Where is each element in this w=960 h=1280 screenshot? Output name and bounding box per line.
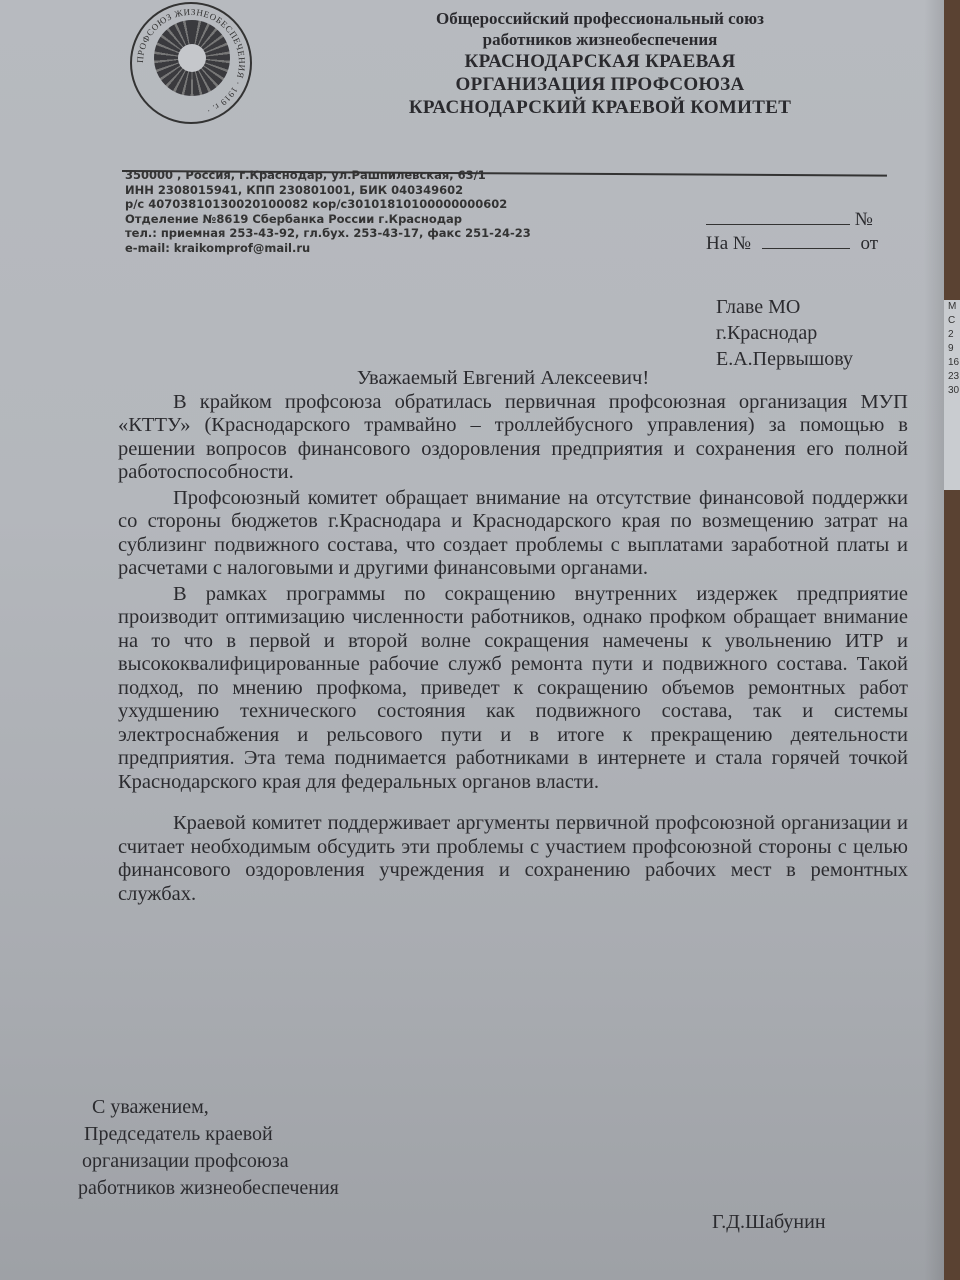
number-blank: [706, 224, 850, 225]
reply-number-blank: [762, 248, 850, 249]
regards: С уважением,: [78, 1094, 339, 1121]
date-label: от: [861, 233, 879, 254]
signer-title-3: работников жизнеобеспечения: [78, 1175, 339, 1202]
sun-icon: [178, 44, 206, 72]
letter-body: Уважаемый Евгений Алексеевич! В крайком …: [118, 367, 908, 906]
phones: тел.: приемная 253-43-92, гл.бух. 253-43…: [125, 226, 585, 241]
reference-block: № На № от: [706, 208, 896, 256]
org-line-1: Общероссийский профессиональный союз: [380, 8, 820, 29]
organization-requisites: 350000 , Россия, г.Краснодар, ул.Рашпиле…: [125, 168, 585, 255]
addressee-line-1: Главе МО: [716, 294, 853, 320]
sun-rays-icon: [154, 20, 230, 96]
paragraph-4: Краевой комитет поддерживает аргументы п…: [118, 812, 908, 906]
org-line-5: КРАСНОДАРСКИЙ КРАЕВОЙ КОМИТЕТ: [380, 96, 820, 119]
paragraph-2: Профсоюзный комитет обращает внимание на…: [118, 487, 908, 581]
addressee-line-2: г.Краснодар: [716, 320, 853, 346]
bank-branch: Отделение №8619 Сбербанка России г.Красн…: [125, 212, 585, 227]
paragraph-1: В крайком профсоюза обратилась первичная…: [118, 391, 908, 485]
letter-page: ПРОФСОЮЗ ЖИЗНЕОБЕСПЕЧЕНИЯ · 1919 г. · Об…: [0, 0, 944, 1280]
letterhead-title: Общероссийский профессиональный союз раб…: [380, 8, 820, 119]
number-label: №: [855, 209, 873, 230]
signer-name: Г.Д.Шабунин: [712, 1211, 826, 1234]
salutation: Уважаемый Евгений Алексеевич!: [98, 367, 908, 391]
org-line-3: КРАСНОДАРСКАЯ КРАЕВАЯ: [380, 50, 820, 73]
tax-ids: ИНН 2308015941, КПП 230801001, БИК 04034…: [125, 183, 585, 198]
org-line-4: ОРГАНИЗАЦИЯ ПРОФСОЮЗА: [380, 73, 820, 96]
address: 350000 , Россия, г.Краснодар, ул.Рашпиле…: [125, 168, 585, 183]
email: e-mail: kraikomprof@mail.ru: [125, 241, 585, 256]
closing-block: С уважением, Председатель краевой органи…: [78, 1094, 339, 1202]
paragraph-3: В рамках программы по сокращению внутрен…: [118, 583, 908, 795]
union-emblem-icon: ПРОФСОЮЗ ЖИЗНЕОБЕСПЕЧЕНИЯ · 1919 г. ·: [130, 2, 252, 124]
signer-title-2: организации профсоюза: [78, 1148, 339, 1175]
reply-to-label: На №: [706, 233, 751, 254]
org-line-2: работников жизнеобеспечения: [380, 29, 820, 50]
outgoing-number-row: №: [706, 208, 896, 232]
page-shadow: [924, 0, 944, 1280]
signer-title-1: Председатель краевой: [78, 1121, 339, 1148]
bank-accounts: р/с 40703810130020100082 кор/с3010181010…: [125, 197, 585, 212]
addressee-block: Главе МО г.Краснодар Е.А.Первышову: [716, 294, 853, 372]
reply-to-row: На № от: [706, 232, 896, 256]
